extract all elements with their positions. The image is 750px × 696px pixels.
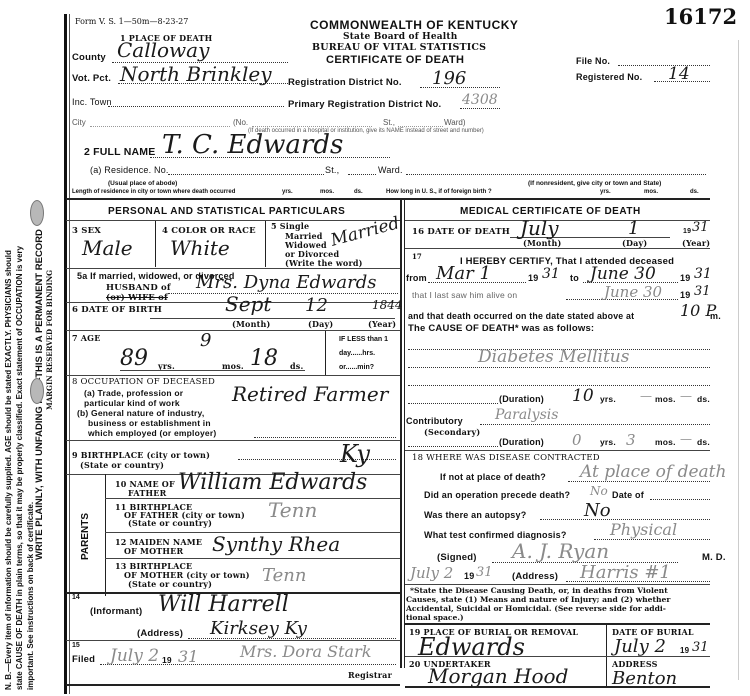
cause-line-3[interactable] — [408, 385, 710, 386]
duration-yrs-unit: yrs. — [600, 394, 616, 404]
autopsy-value: No — [584, 500, 611, 521]
divider — [66, 640, 400, 641]
duration-months: — — [640, 389, 652, 403]
cause-value: Diabetes Mellitus — [478, 347, 629, 367]
page-edge — [738, 40, 739, 680]
operation-date-field[interactable] — [650, 499, 710, 500]
primary-registration-field[interactable] — [460, 108, 500, 109]
certificate-number: 16172 — [664, 4, 737, 29]
to-value: June 30 — [590, 264, 656, 284]
certify-num: 17 — [412, 252, 422, 261]
full-name-label: 2 FULL NAME — [84, 146, 155, 158]
us-ds-label: ds. — [690, 189, 699, 195]
city-label: City — [72, 118, 86, 127]
column-divider — [400, 198, 402, 668]
contrib-duration-days: — — [680, 432, 692, 446]
margin-instructions-line3: N. B.—Every item of information should b… — [4, 250, 13, 690]
section-divider — [66, 198, 710, 200]
dod-month-caption: (Month) — [523, 238, 562, 248]
burial-date-value: July 2 — [614, 636, 666, 657]
st-label: St., — [383, 118, 395, 127]
mother-bp-label-3: (State or country) — [128, 579, 212, 589]
inc-town-field[interactable] — [108, 106, 284, 107]
contributory-value: Paralysis — [495, 407, 558, 423]
informant-address-label: (Address) — [137, 628, 183, 639]
mother-value: Synthy Rhea — [212, 532, 340, 556]
father-label-2: FATHER — [128, 488, 166, 498]
age-field-line — [120, 370, 305, 371]
duration-ds-unit: ds. — [697, 394, 710, 404]
filed-date: July 2 — [110, 646, 159, 666]
less-than-label: IF LESS than 1 — [339, 336, 388, 343]
dod-day-caption: (Day) — [622, 238, 647, 248]
not-at-place-value: At place of death — [580, 462, 726, 482]
dob-month-caption: (Month) — [232, 319, 271, 329]
registrar-label: Registrar — [348, 670, 392, 680]
sex-value: Male — [82, 236, 133, 260]
registered-no-value: 14 — [668, 64, 690, 84]
vot-pct-value: North Brinkley — [120, 62, 272, 86]
filed-label: Filed — [72, 654, 95, 665]
no-label: (No. — [233, 118, 248, 127]
divider — [606, 624, 607, 686]
occupation-b-label-3: which employed (or employer) — [88, 428, 216, 438]
left-margin-instructions: N. B.—Every item of information should b… — [0, 0, 60, 696]
bottom-border — [66, 684, 400, 686]
age-months: 9 — [200, 330, 211, 351]
divider — [66, 268, 400, 269]
burial-year-prefix: 19 — [680, 646, 689, 655]
residence-st-label: St., — [325, 165, 339, 175]
duration-pre-line — [408, 403, 498, 404]
less-day-label: day......hrs. — [339, 350, 375, 357]
dob-year-caption: (Year) — [368, 319, 396, 329]
divider — [325, 331, 326, 375]
length-ds-label: ds. — [354, 189, 363, 195]
informant-label: (Informant) — [90, 606, 142, 617]
nonresident-caption: (If nonresident, give city or town and S… — [528, 180, 661, 187]
divider — [105, 474, 106, 596]
header-board: State Board of Health — [343, 32, 458, 42]
divider — [155, 221, 156, 267]
divider — [105, 498, 400, 499]
divider — [66, 375, 400, 376]
vot-pct-label: Vot. Pct. — [72, 73, 111, 84]
signed-value: A. J. Ryan — [512, 539, 609, 563]
from-label: from — [406, 273, 427, 283]
file-no-field[interactable] — [618, 65, 710, 66]
age-years: 89 — [120, 346, 148, 371]
mother-bp-value: Tenn — [262, 565, 306, 586]
filed-num: 15 — [72, 642, 80, 649]
marital-label-1: 5 Single — [271, 222, 309, 231]
mother-label-2: OF MOTHER — [124, 546, 183, 556]
divider — [405, 450, 710, 451]
occupation-b-label-2: business or establishment in — [88, 418, 211, 428]
dob-field-line — [150, 318, 395, 319]
primary-registration-value: 4308 — [462, 92, 498, 108]
dob-day: 12 — [305, 295, 328, 316]
birthplace-field[interactable] — [238, 459, 396, 460]
divider — [405, 248, 710, 249]
dod-month: July — [520, 216, 559, 240]
divider — [265, 221, 266, 267]
age-days: 18 — [250, 346, 278, 371]
residence-ward-label: Ward. — [378, 165, 403, 175]
file-no-label: File No. — [576, 56, 610, 66]
punch-hole — [30, 200, 44, 226]
last-saw-year: 31 — [694, 284, 711, 299]
cause-label: The CAUSE OF DEATH* was as follows: — [408, 323, 594, 334]
divider — [405, 656, 710, 657]
to-label: to — [570, 273, 579, 283]
signed-address-label: (Address) — [512, 571, 558, 582]
informant-value: Will Harrell — [158, 592, 289, 617]
from-year-prefix: 19 — [528, 273, 538, 283]
header-certificate-title: CERTIFICATE OF DEATH — [326, 54, 464, 66]
marital-label-5: (Write the word) — [285, 258, 363, 268]
spouse-field[interactable] — [168, 293, 398, 294]
last-saw-value: June 30 — [604, 283, 662, 301]
length-residence-label: Length of residence in city or town wher… — [72, 189, 235, 195]
md-label: M. D. — [702, 552, 726, 563]
operation-value: No — [590, 484, 608, 498]
signed-label: (Signed) — [437, 552, 477, 563]
duration-label: (Duration) — [499, 394, 544, 404]
undertaker-value: Morgan Hood — [428, 664, 568, 688]
bottom-border — [405, 686, 710, 688]
occupation-a-label-2: particular kind of work — [84, 398, 180, 408]
header-bureau: BUREAU OF VITAL STATISTICS — [312, 42, 486, 53]
employer-field[interactable] — [254, 437, 396, 438]
burial-year: 31 — [692, 640, 709, 655]
us-yrs-label: yrs. — [600, 189, 611, 195]
city-field[interactable] — [90, 126, 230, 127]
contributory-field[interactable] — [480, 424, 710, 425]
registered-no-label: Registered No. — [576, 72, 642, 82]
footnote-line-2: Causes, state (1) Means and nature of In… — [406, 595, 670, 604]
margin-reserved-binding: MARGIN RESERVED FOR BINDING — [45, 270, 54, 410]
registration-district-label: Registration District No. — [288, 77, 402, 88]
cause-line-2[interactable] — [408, 367, 710, 368]
personal-section-title: PERSONAL AND STATISTICAL PARTICULARS — [108, 206, 345, 217]
inc-town-label: Inc. Town — [72, 97, 112, 107]
dod-year-prefix: 19 — [683, 228, 691, 235]
occupation-a-label-1: (a) Trade, profession or — [84, 388, 183, 398]
dod-label: 16 DATE OF DEATH — [412, 227, 510, 237]
contrib-duration-mos-unit: mos. — [655, 437, 676, 447]
full-name-value: T. C. Edwards — [162, 130, 343, 160]
age-label: 7 AGE — [72, 333, 101, 343]
column-divider — [404, 198, 405, 668]
dob-month: Sept — [225, 292, 271, 316]
divider — [66, 330, 400, 331]
divider — [105, 558, 400, 559]
less-min-label: or......min? — [339, 364, 374, 371]
primary-registration-label: Primary Registration District No. — [288, 99, 441, 110]
father-bp-value: Tenn — [268, 498, 317, 522]
spouse-label-2: HUSBAND of — [106, 283, 171, 293]
father-bp-label-3: (State or country) — [128, 518, 212, 528]
father-value: William Edwards — [178, 470, 367, 495]
informant-num: 14 — [72, 594, 80, 601]
registrar-value: Mrs. Dora Stark — [240, 642, 371, 661]
form-number: Form V. S. 1—50m—8-23-27 — [75, 17, 188, 26]
contributory-label: Contributory — [406, 416, 463, 426]
dob-year: 1844 — [372, 298, 403, 312]
to-year-prefix: 19 — [680, 273, 690, 283]
contrib-duration-ds-unit: ds. — [697, 437, 710, 447]
filed-year-prefix: 19 — [162, 655, 172, 665]
divider — [66, 220, 400, 221]
dod-year-caption: (Year) — [682, 238, 710, 248]
birthplace-label-2: (State or country) — [80, 460, 164, 470]
duration-years: 10 — [572, 386, 594, 406]
divider — [405, 623, 710, 625]
margin-instructions-line4: state CAUSE OF DEATH in plain terms, so … — [15, 246, 24, 690]
dod-year: 31 — [692, 220, 709, 235]
test-value: Physical — [610, 520, 677, 539]
occupation-value: Retired Farmer — [232, 382, 388, 406]
contrib-duration-pre-line — [408, 446, 498, 447]
birthplace-value: Ky — [340, 440, 370, 468]
contracted-label: 18 WHERE WAS DISEASE CONTRACTED — [412, 453, 600, 463]
duration-days: — — [680, 389, 692, 403]
race-label: 4 COLOR OR RACE — [162, 226, 256, 236]
race-value: White — [170, 236, 230, 260]
footnote-line-1: *State the Disease Causing Death, or, in… — [410, 586, 668, 595]
registration-district-value: 196 — [432, 68, 466, 89]
dob-day-caption: (Day) — [308, 319, 333, 329]
usual-place-caption: (Usual place of abode) — [108, 180, 177, 187]
residence-label: (a) Residence. No. — [90, 165, 169, 175]
ward-field[interactable] — [398, 126, 443, 127]
occupation-b-label-1: (b) General nature of industry, — [77, 408, 204, 418]
from-value: Mar 1 — [436, 263, 491, 284]
date-of-label: Date of — [612, 490, 644, 500]
signed-date: July 2 — [410, 564, 453, 582]
operation-label: Did an operation precede death? — [424, 490, 570, 500]
length-mos-label: mos. — [320, 189, 334, 195]
punch-hole — [30, 378, 44, 404]
signed-year: 31 — [476, 565, 493, 580]
us-mos-label: mos. — [644, 189, 658, 195]
street-no-field[interactable] — [252, 126, 372, 127]
contrib-duration-months: 3 — [626, 431, 636, 449]
signed-year-prefix: 19 — [464, 571, 474, 581]
spouse-value: Mrs. Dyna Edwards — [196, 272, 377, 293]
sex-label: 3 SEX — [72, 226, 101, 236]
not-at-place-label: If not at place of death? — [440, 472, 546, 482]
death-time-suffix: m. — [710, 311, 721, 321]
header-title: COMMONWEALTH OF KENTUCKY — [310, 18, 518, 32]
length-yrs-label: yrs. — [282, 189, 293, 195]
how-long-us-label: How long in U. S., if of foreign birth ? — [386, 189, 492, 195]
dob-label: 6 DATE OF BIRTH — [72, 305, 162, 315]
last-saw-label: that I last saw him alive on — [412, 290, 517, 300]
signed-address-value: Harris #1 — [580, 562, 671, 583]
occupation-label: 8 OCCUPATION OF DECEASED — [72, 377, 215, 387]
ward-label: Ward) — [444, 118, 465, 127]
footnote-line-3: Accidental, Suicidal or Homicidal. (See … — [406, 604, 666, 613]
contrib-duration-label: (Duration) — [499, 437, 544, 447]
last-saw-year-prefix: 19 — [680, 290, 690, 300]
contributory-sub-label: (Secondary) — [424, 427, 480, 437]
death-occurred-label: and that death occurred on the date stat… — [408, 311, 634, 321]
birthplace-label-1: 9 BIRTHPLACE (city or town) — [72, 450, 210, 460]
dod-day: 1 — [628, 218, 639, 239]
residence-ward-field[interactable] — [406, 174, 706, 175]
autopsy-label: Was there an autopsy? — [424, 510, 526, 520]
residence-st-field[interactable] — [348, 174, 376, 175]
county-label: County — [72, 52, 106, 63]
informant-address-value: Kirksey Ky — [210, 618, 307, 639]
from-year: 31 — [542, 266, 560, 282]
contrib-duration-years: 0 — [572, 431, 582, 449]
footnote-line-4: tional space.) — [406, 613, 464, 622]
marital-value: Married — [329, 213, 402, 250]
test-field[interactable] — [594, 539, 710, 540]
residence-no-field[interactable] — [168, 174, 324, 175]
county-value: Calloway — [117, 38, 209, 62]
filed-year: 31 — [178, 647, 198, 666]
duration-mos-unit: mos. — [655, 394, 676, 404]
to-year: 31 — [694, 266, 712, 282]
divider — [405, 584, 710, 585]
parents-label: PARENTS — [80, 513, 91, 560]
contrib-duration-yrs-unit: yrs. — [600, 437, 616, 447]
